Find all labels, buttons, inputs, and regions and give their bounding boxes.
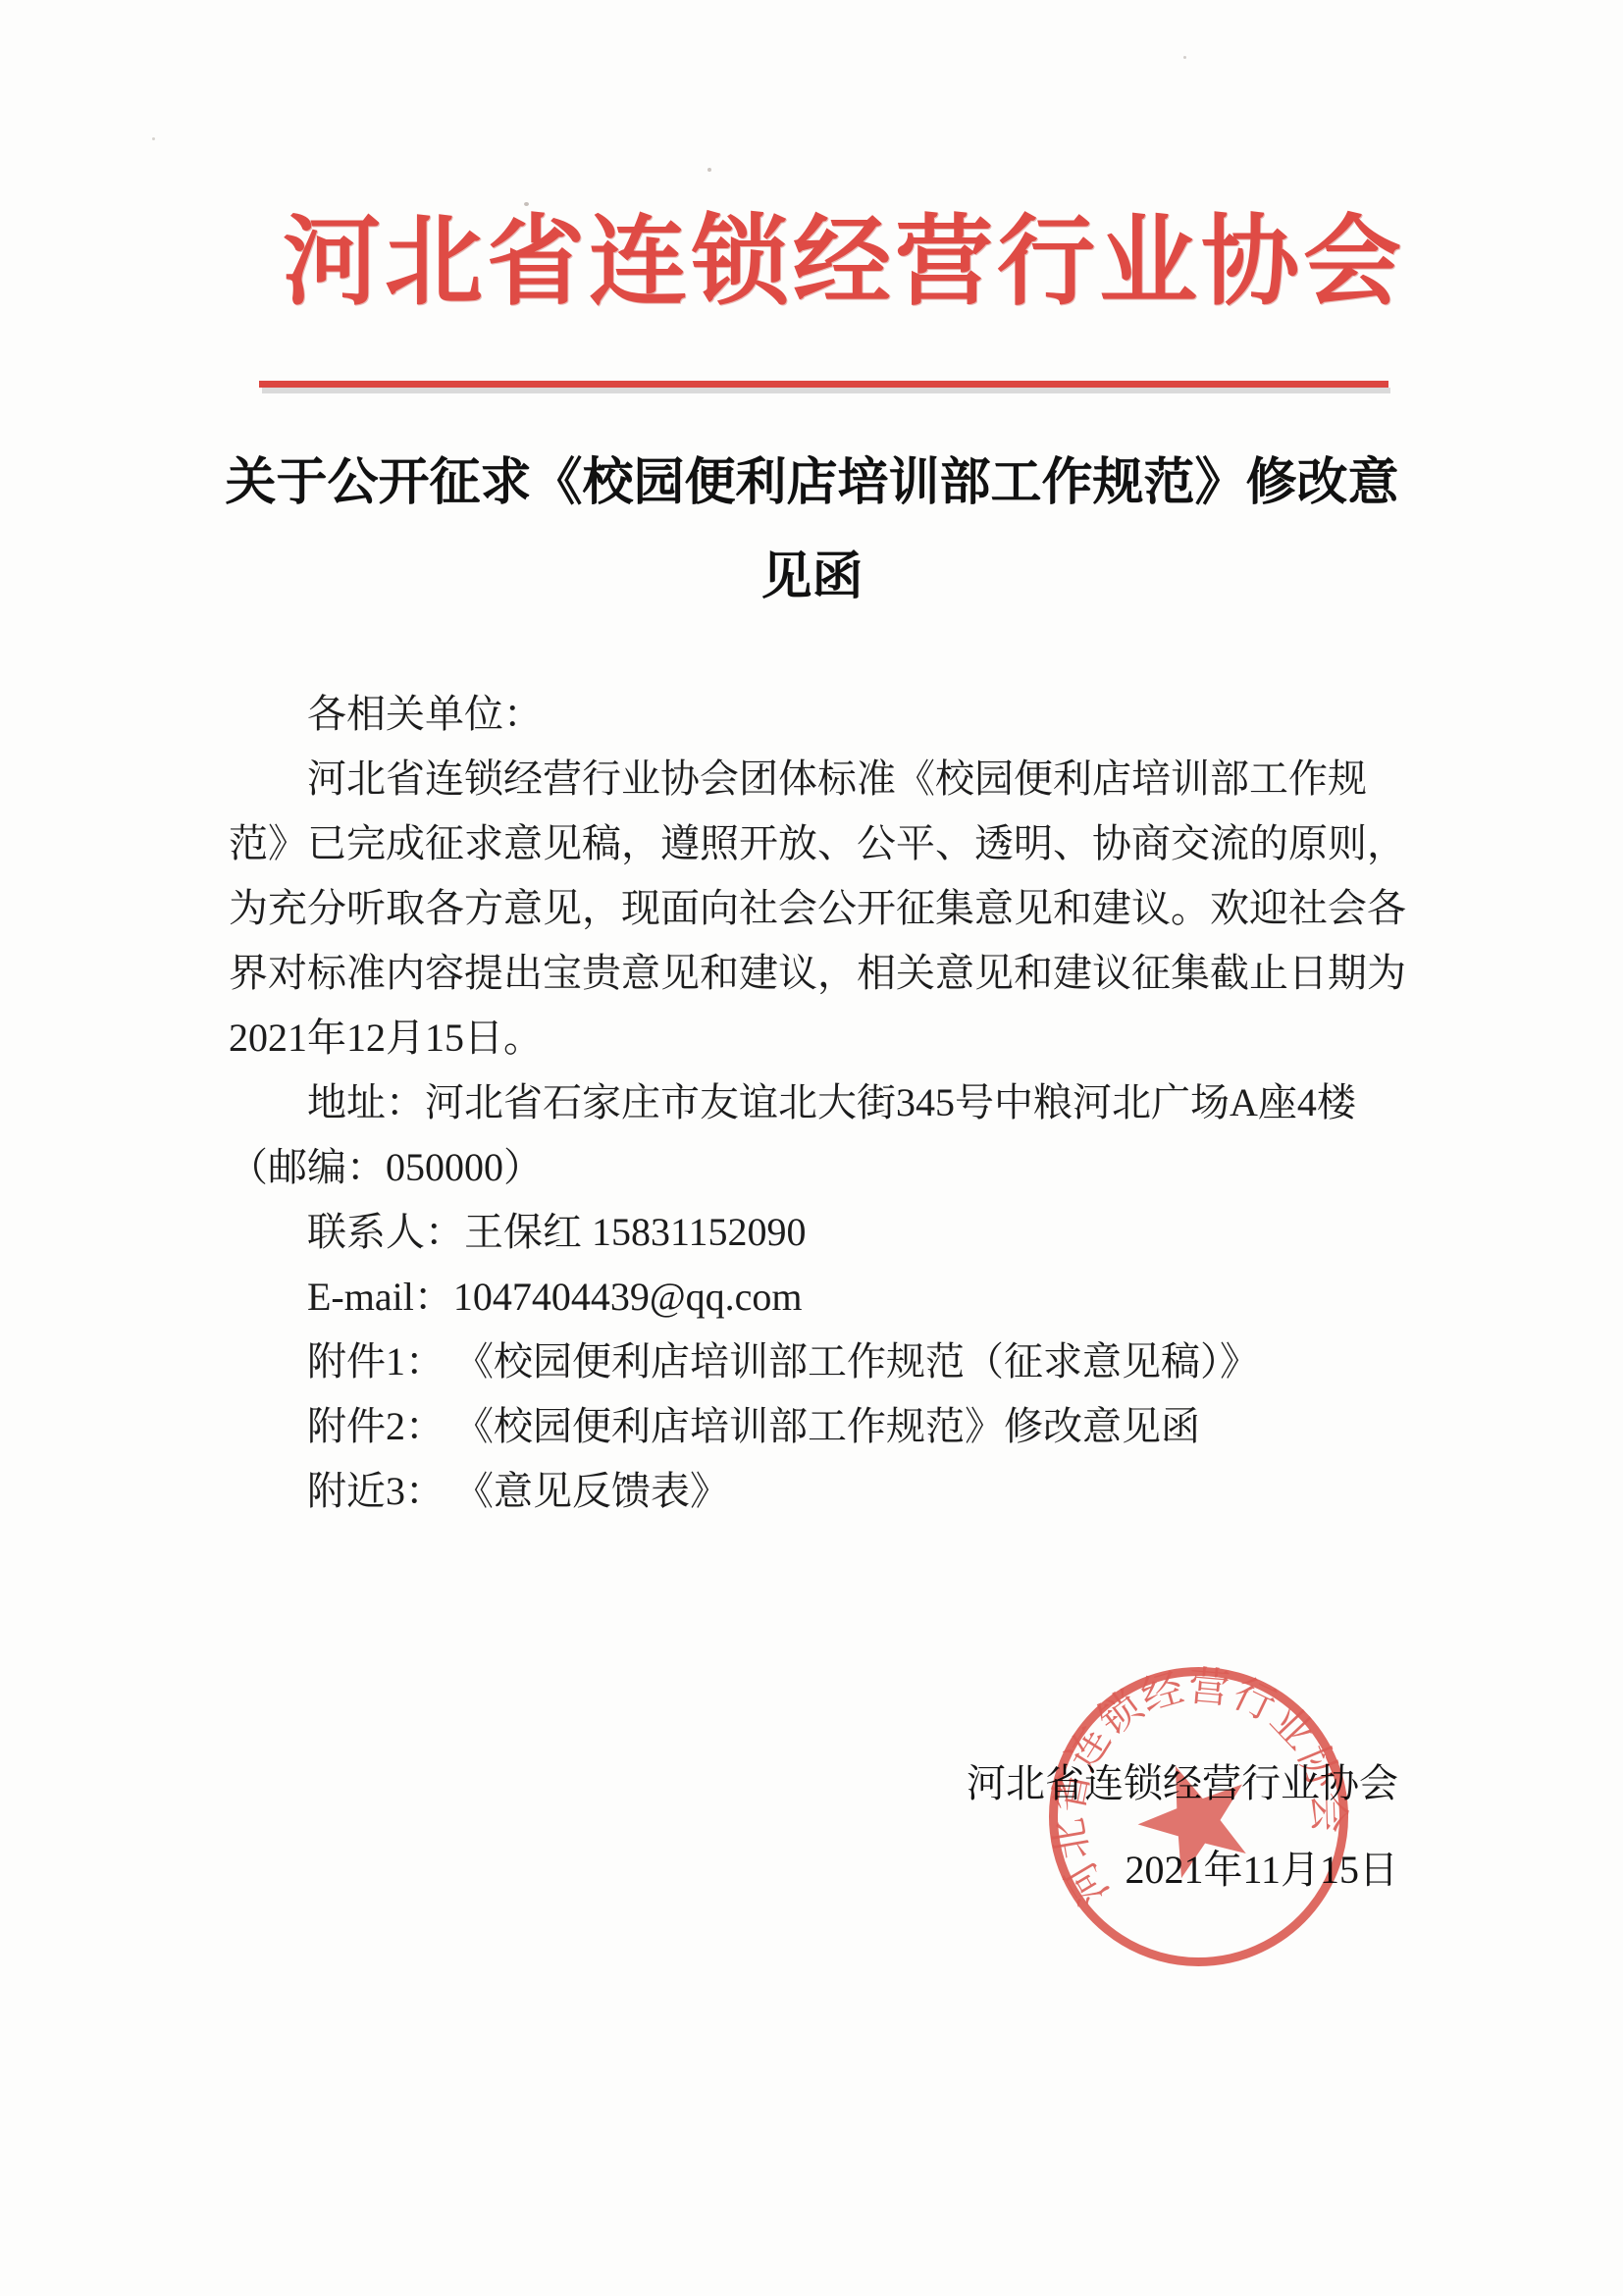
attachment-1: 附件1： 《校园便利店培训部工作规范（征求意见稿）》 — [229, 1330, 1445, 1394]
scan-speck — [707, 168, 711, 172]
document-title: 关于公开征求《校园便利店培训部工作规范》修改意 见函 — [222, 437, 1402, 625]
email-line: E-mail：1047404439@qq.com — [229, 1265, 1445, 1330]
scan-speck — [152, 137, 155, 140]
letterhead-org-name: 河北省连锁经营行业协会 — [283, 209, 1405, 317]
address-line: 地址：河北省石家庄市友谊北大街345号中粮河北广场A座4楼 — [229, 1070, 1445, 1135]
body-line: 河北省连锁经营行业协会团体标准《校园便利店培训部工作规 — [229, 747, 1445, 811]
seal-arc-text: 河北省连锁经营行业协会 — [1031, 1648, 1359, 1914]
official-seal: 河北省连锁经营行业协会 — [1017, 1635, 1380, 1998]
svg-text:河北省连锁经营行业协会: 河北省连锁经营行业协会 — [1031, 1648, 1359, 1914]
attachment-3: 附近3： 《意见反馈表》 — [229, 1459, 1445, 1524]
letterhead-rule-shadow — [262, 388, 1390, 393]
letterhead-rule — [259, 381, 1388, 388]
body-text: 各相关单位： 河北省连锁经营行业协会团体标准《校园便利店培训部工作规 范》已完成… — [229, 682, 1445, 1524]
scan-speck — [524, 202, 529, 206]
body-line: 界对标准内容提出宝贵意见和建议，相关意见和建议征集截止日期为 — [229, 941, 1445, 1006]
seal-star — [1132, 1759, 1252, 1882]
attachment-2: 附件2： 《校园便利店培训部工作规范》修改意见函 — [229, 1394, 1445, 1459]
document-title-line1: 关于公开征求《校园便利店培训部工作规范》修改意 — [222, 437, 1402, 531]
body-line: 为充分听取各方意见，现面向社会公开征集意见和建议。欢迎社会各 — [229, 876, 1445, 941]
salutation: 各相关单位： — [229, 682, 1445, 747]
document-title-line2: 见函 — [222, 531, 1402, 625]
body-line: 2021年12月15日。 — [229, 1006, 1445, 1070]
document-page: 河北省连锁经营行业协会 关于公开征求《校园便利店培训部工作规范》修改意 见函 各… — [0, 0, 1623, 2296]
postcode-line: （邮编：050000） — [229, 1135, 1445, 1200]
body-line: 范》已完成征求意见稿，遵照开放、公平、透明、协商交流的原则， — [229, 811, 1445, 876]
scan-speck — [1183, 56, 1186, 59]
contact-line: 联系人：王保红 15831152090 — [229, 1200, 1445, 1265]
